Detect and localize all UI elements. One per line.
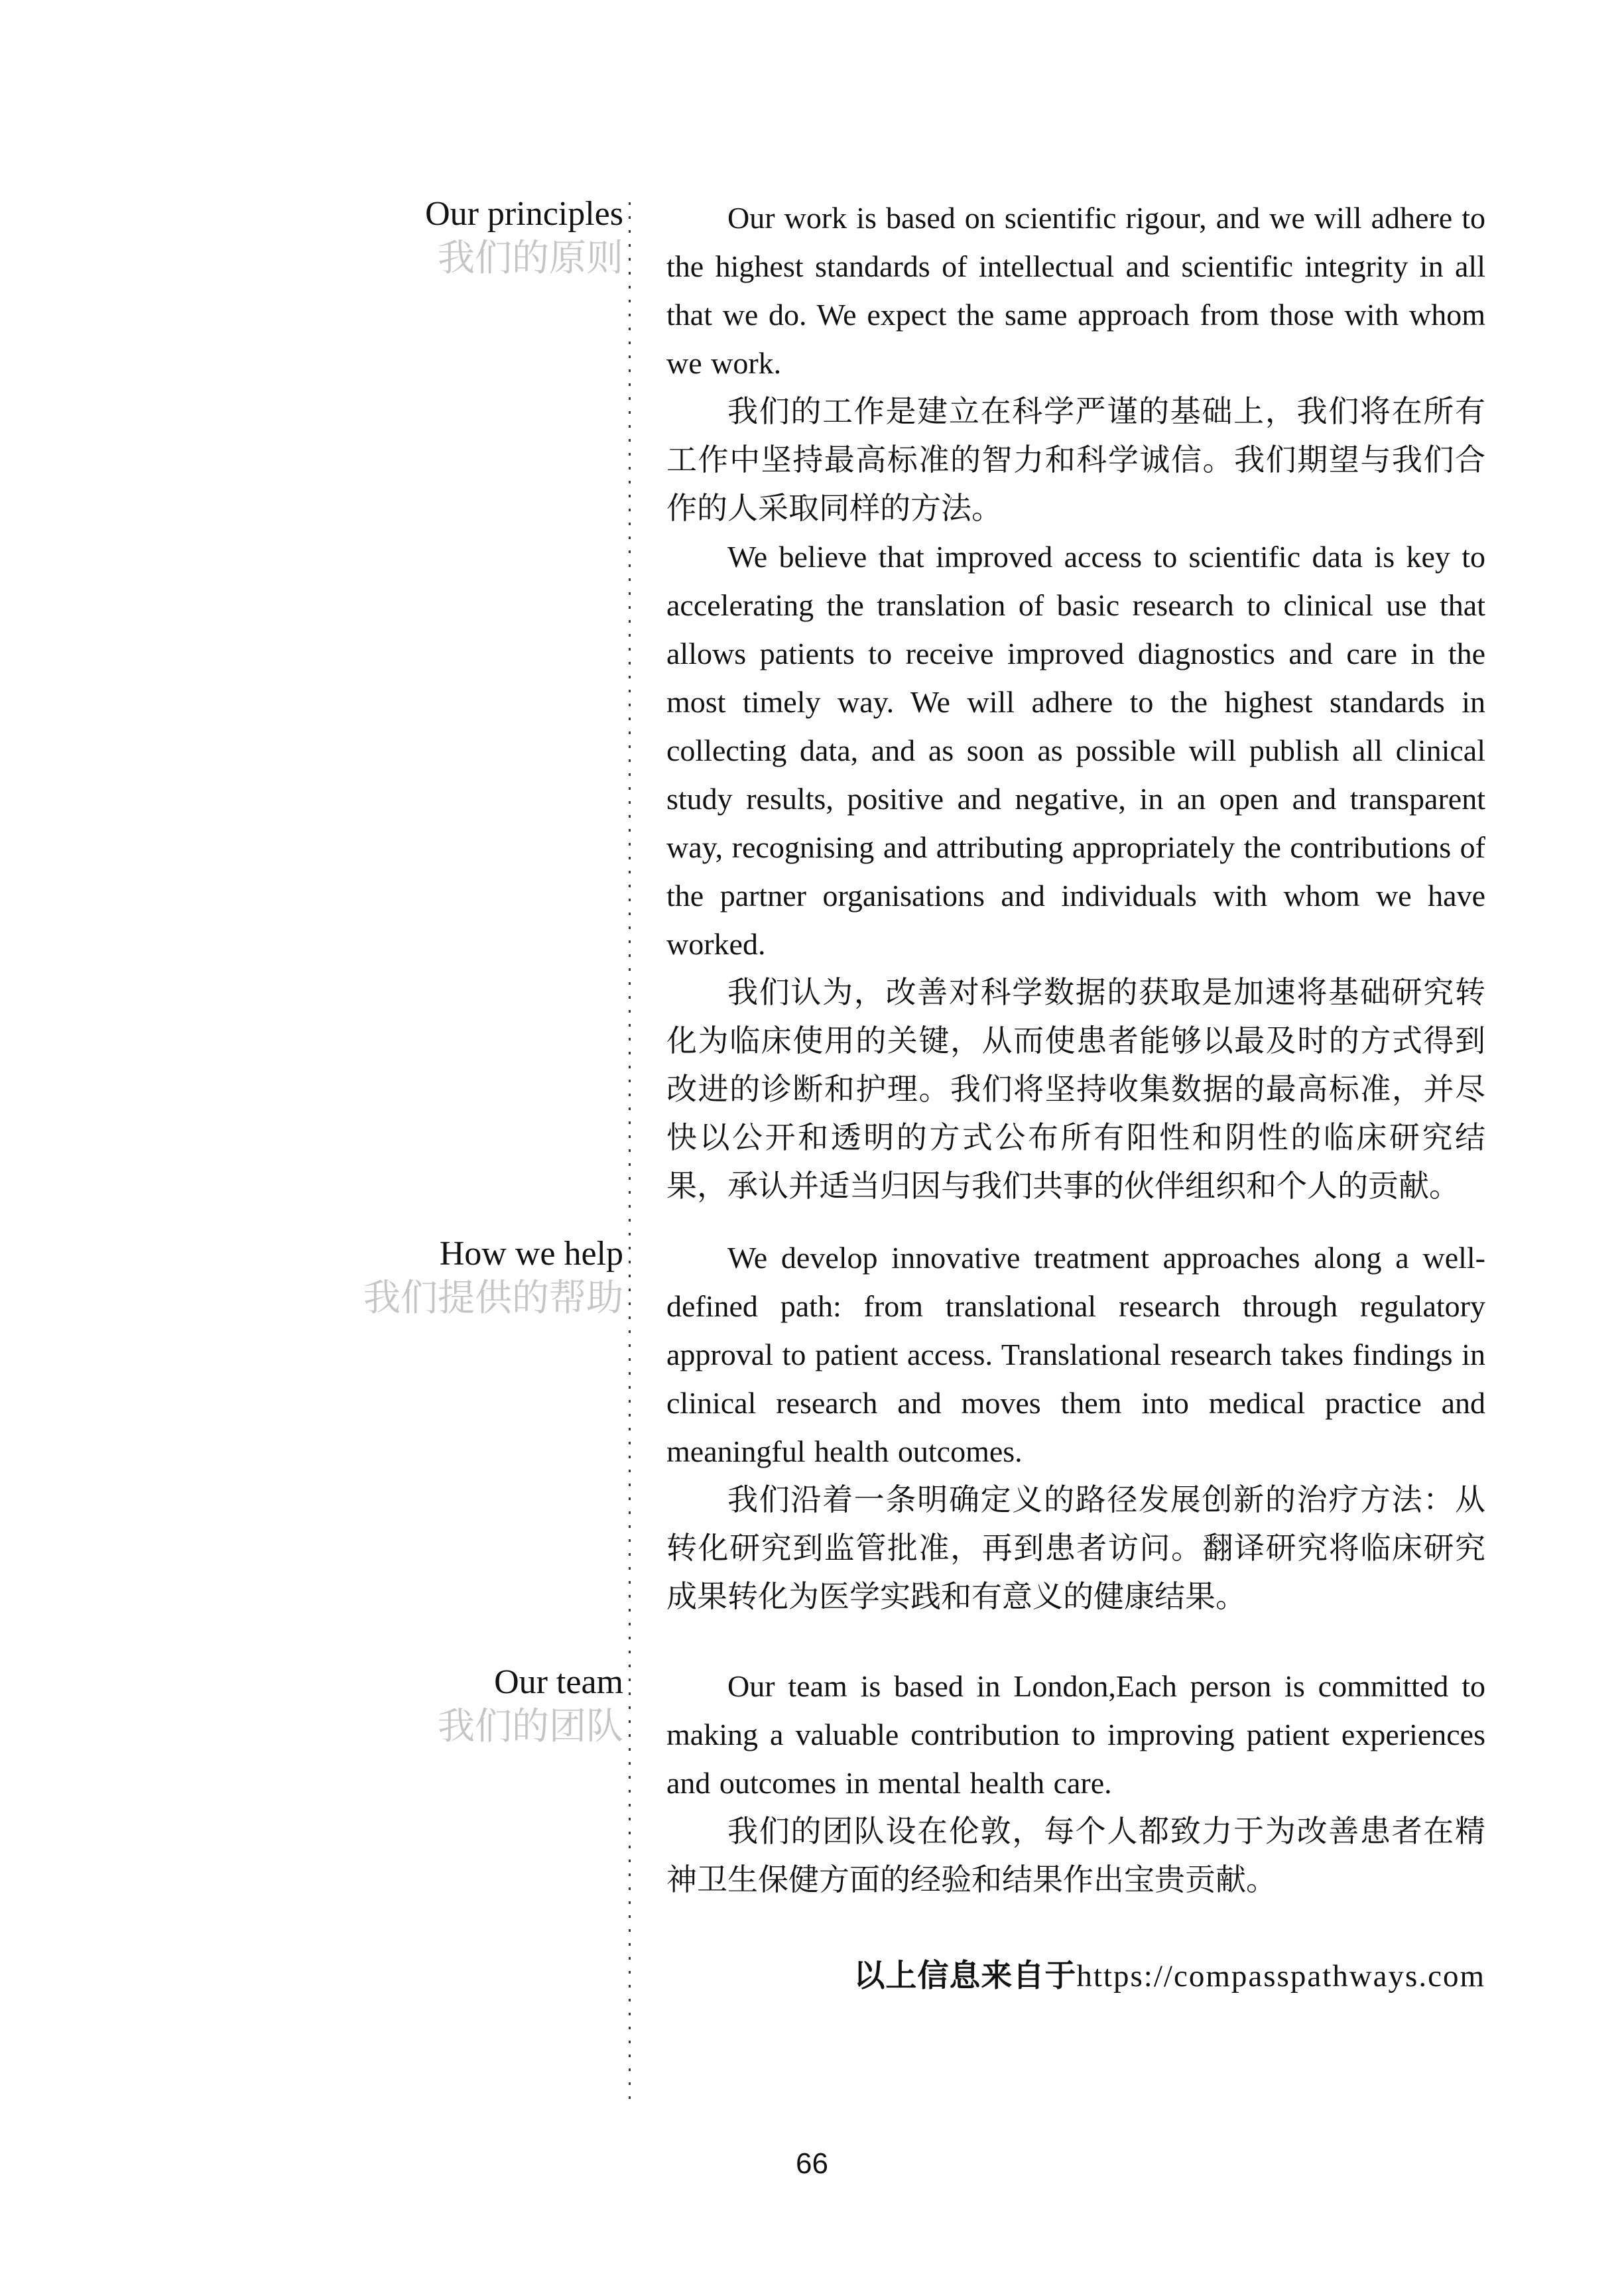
section-our-team: Our team 我们的团队 Our team is based in Lond… [0, 1662, 1485, 1904]
section-how-we-help: How we help 我们提供的帮助 We develop innovativ… [0, 1234, 1485, 1621]
source-line: 以上信息来自于https://compasspathways.com [0, 1956, 1485, 1996]
section-heading-zh: 我们的原则 [0, 235, 623, 283]
section-heading-en: Our principles [0, 194, 623, 235]
section-our-team-body: Our team is based in London,Each person … [666, 1662, 1485, 1904]
section-principles: Our principles 我们的原则 Our work is based o… [0, 194, 1485, 1210]
section-heading-en: Our team [0, 1662, 623, 1703]
page-number: 66 [0, 2147, 1624, 2181]
document-page: Our principles 我们的原则 Our work is based o… [0, 0, 1624, 2278]
source-prefix-label: 以上信息来自于 [853, 1958, 1076, 1993]
body-paragraph-en: We believe that improved access to scien… [666, 533, 1485, 968]
body-paragraph-en: Our work is based on scientific rigour, … [666, 194, 1485, 387]
body-paragraph-zh: 我们认为，改善对科学数据的获取是加速将基础研究转化为临床使用的关键，从而使患者能… [666, 968, 1485, 1210]
body-paragraph-en: Our team is based in London,Each person … [666, 1662, 1485, 1807]
source-url-text: https://compasspathways.com [1076, 1959, 1485, 1993]
section-heading-zh: 我们的团队 [0, 1703, 623, 1751]
section-heading-zh: 我们提供的帮助 [0, 1275, 623, 1322]
body-paragraph-zh: 我们沿着一条明确定义的路径发展创新的治疗方法：从转化研究到监管批准，再到患者访问… [666, 1476, 1485, 1621]
section-principles-headings: Our principles 我们的原则 [0, 194, 629, 283]
body-paragraph-zh: 我们的工作是建立在科学严谨的基础上，我们将在所有工作中坚持最高标准的智力和科学诚… [666, 387, 1485, 533]
section-principles-body: Our work is based on scientific rigour, … [666, 194, 1485, 1210]
section-our-team-headings: Our team 我们的团队 [0, 1662, 629, 1751]
body-paragraph-zh: 我们的团队设在伦敦，每个人都致力于为改善患者在精神卫生保健方面的经验和结果作出宝… [666, 1807, 1485, 1904]
section-heading-en: How we help [0, 1234, 623, 1275]
body-paragraph-en: We develop innovative treatment approach… [666, 1234, 1485, 1476]
document-body: Our principles 我们的原则 Our work is based o… [0, 194, 1485, 1996]
section-how-we-help-body: We develop innovative treatment approach… [666, 1234, 1485, 1621]
section-how-we-help-headings: How we help 我们提供的帮助 [0, 1234, 629, 1322]
